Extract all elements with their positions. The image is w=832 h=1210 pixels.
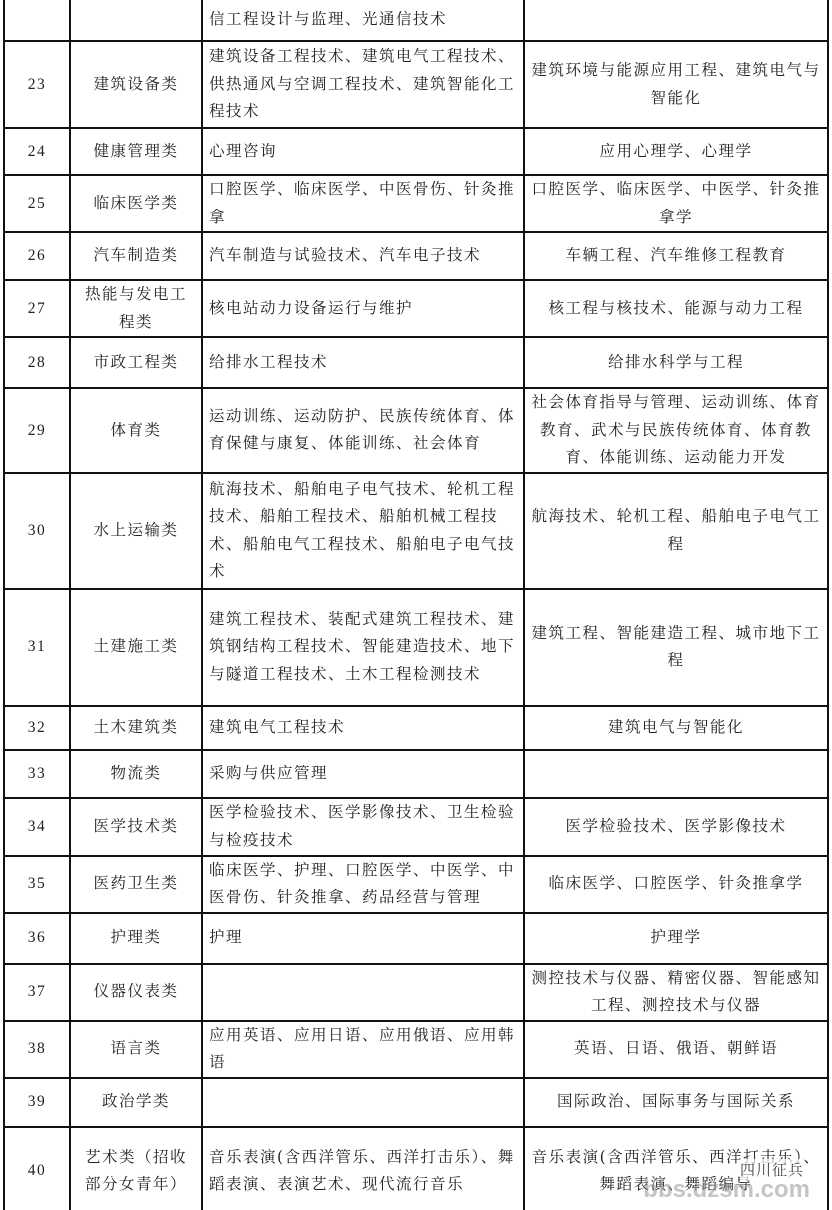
table-row: 信工程设计与监理、光通信技术 [4,0,828,41]
table-row: 28市政工程类给排水工程技术给排水科学与工程 [4,337,828,388]
undergrad-majors-cell: 社会体育指导与管理、运动训练、体育教育、武术与民族传统体育、体育教育、体能训练、… [524,388,828,473]
category-cell: 仪器仪表类 [70,964,202,1021]
category-cell: 市政工程类 [70,337,202,388]
row-number: 38 [4,1021,70,1078]
vocational-majors-cell: 运动训练、运动防护、民族传统体育、体育保健与康复、体能训练、社会体育 [202,388,524,473]
row-number: 36 [4,913,70,964]
row-number: 24 [4,128,70,175]
category-cell: 物流类 [70,750,202,798]
table-row: 30水上运输类航海技术、船舶电子电气技术、轮机工程技术、船舶工程技术、船舶机械工… [4,473,828,589]
row-number: 37 [4,964,70,1021]
vocational-majors-cell: 医学检验技术、医学影像技术、卫生检验与检疫技术 [202,798,524,856]
category-cell: 医学技术类 [70,798,202,856]
undergrad-majors-cell: 口腔医学、临床医学、中医学、针灸推拿学 [524,175,828,232]
row-number: 23 [4,41,70,128]
category-cell: 健康管理类 [70,128,202,175]
category-cell: 临床医学类 [70,175,202,232]
category-cell: 汽车制造类 [70,232,202,280]
vocational-majors-cell: 采购与供应管理 [202,750,524,798]
category-cell [70,0,202,41]
table-row: 37仪器仪表类测控技术与仪器、精密仪器、智能感知工程、测控技术与仪器 [4,964,828,1021]
vocational-majors-cell: 建筑电气工程技术 [202,706,524,750]
category-cell: 体育类 [70,388,202,473]
undergrad-majors-cell: 航海技术、轮机工程、船舶电子电气工程 [524,473,828,589]
category-cell: 医药卫生类 [70,856,202,913]
row-number: 30 [4,473,70,589]
category-cell: 政治学类 [70,1078,202,1127]
row-number: 39 [4,1078,70,1127]
vocational-majors-cell: 临床医学、护理、口腔医学、中医学、中医骨伤、针灸推拿、药品经营与管理 [202,856,524,913]
majors-table: 信工程设计与监理、光通信技术23建筑设备类建筑设备工程技术、建筑电气工程技术、供… [3,0,829,1210]
undergrad-majors-cell: 核工程与核技术、能源与动力工程 [524,280,828,337]
row-number: 33 [4,750,70,798]
table-row: 36护理类护理护理学 [4,913,828,964]
undergrad-majors-cell: 应用心理学、心理学 [524,128,828,175]
table-row: 35医药卫生类临床医学、护理、口腔医学、中医学、中医骨伤、针灸推拿、药品经营与管… [4,856,828,913]
vocational-majors-cell: 建筑设备工程技术、建筑电气工程技术、供热通风与空调工程技术、建筑智能化工程技术 [202,41,524,128]
table-row: 31土建施工类建筑工程技术、装配式建筑工程技术、建筑钢结构工程技术、智能建造技术… [4,589,828,706]
vocational-majors-cell [202,1078,524,1127]
vocational-majors-cell: 口腔医学、临床医学、中医骨伤、针灸推拿 [202,175,524,232]
vocational-majors-cell: 应用英语、应用日语、应用俄语、应用韩语 [202,1021,524,1078]
category-cell: 土木建筑类 [70,706,202,750]
vocational-majors-cell: 给排水工程技术 [202,337,524,388]
undergrad-majors-cell: 临床医学、口腔医学、针灸推拿学 [524,856,828,913]
undergrad-majors-cell: 建筑电气与智能化 [524,706,828,750]
row-number: 29 [4,388,70,473]
undergrad-majors-cell: 建筑工程、智能建造工程、城市地下工程 [524,589,828,706]
undergrad-majors-cell: 护理学 [524,913,828,964]
row-number: 40 [4,1127,70,1210]
table-row: 26汽车制造类汽车制造与试验技术、汽车电子技术车辆工程、汽车维修工程教育 [4,232,828,280]
undergrad-majors-cell [524,750,828,798]
table-row: 39政治学类国际政治、国际事务与国际关系 [4,1078,828,1127]
vocational-majors-cell: 护理 [202,913,524,964]
row-number: 34 [4,798,70,856]
undergrad-majors-cell: 测控技术与仪器、精密仪器、智能感知工程、测控技术与仪器 [524,964,828,1021]
table-row: 38语言类应用英语、应用日语、应用俄语、应用韩语英语、日语、俄语、朝鲜语 [4,1021,828,1078]
row-number: 26 [4,232,70,280]
category-cell: 语言类 [70,1021,202,1078]
row-number: 31 [4,589,70,706]
vocational-majors-cell: 心理咨询 [202,128,524,175]
vocational-majors-cell: 核电站动力设备运行与维护 [202,280,524,337]
table-row: 33物流类采购与供应管理 [4,750,828,798]
majors-table-body: 信工程设计与监理、光通信技术23建筑设备类建筑设备工程技术、建筑电气工程技术、供… [4,0,828,1210]
table-row: 24健康管理类心理咨询应用心理学、心理学 [4,128,828,175]
category-cell: 土建施工类 [70,589,202,706]
undergrad-majors-cell: 建筑环境与能源应用工程、建筑电气与智能化 [524,41,828,128]
watermark-site: bbs.dzsm.com [643,1176,810,1204]
row-number: 35 [4,856,70,913]
undergrad-majors-cell: 国际政治、国际事务与国际关系 [524,1078,828,1127]
undergrad-majors-cell [524,0,828,41]
vocational-majors-cell: 信工程设计与监理、光通信技术 [202,0,524,41]
vocational-majors-cell: 建筑工程技术、装配式建筑工程技术、建筑钢结构工程技术、智能建造技术、地下与隧道工… [202,589,524,706]
row-number: 28 [4,337,70,388]
table-row: 32土木建筑类建筑电气工程技术建筑电气与智能化 [4,706,828,750]
undergrad-majors-cell: 医学检验技术、医学影像技术 [524,798,828,856]
row-number: 32 [4,706,70,750]
category-cell: 热能与发电工程类 [70,280,202,337]
table-row: 34医学技术类医学检验技术、医学影像技术、卫生检验与检疫技术医学检验技术、医学影… [4,798,828,856]
undergrad-majors-cell: 车辆工程、汽车维修工程教育 [524,232,828,280]
category-cell: 护理类 [70,913,202,964]
row-number: 25 [4,175,70,232]
category-cell: 建筑设备类 [70,41,202,128]
undergrad-majors-cell: 给排水科学与工程 [524,337,828,388]
row-number: 27 [4,280,70,337]
vocational-majors-cell: 航海技术、船舶电子电气技术、轮机工程技术、船舶工程技术、船舶机械工程技术、船舶电… [202,473,524,589]
vocational-majors-cell [202,964,524,1021]
vocational-majors-cell: 汽车制造与试验技术、汽车电子技术 [202,232,524,280]
undergrad-majors-cell: 英语、日语、俄语、朝鲜语 [524,1021,828,1078]
table-row: 23建筑设备类建筑设备工程技术、建筑电气工程技术、供热通风与空调工程技术、建筑智… [4,41,828,128]
vocational-majors-cell: 音乐表演(含西洋管乐、西洋打击乐）、舞蹈表演、表演艺术、现代流行音乐 [202,1127,524,1210]
table-row: 27热能与发电工程类核电站动力设备运行与维护核工程与核技术、能源与动力工程 [4,280,828,337]
table-row: 29体育类运动训练、运动防护、民族传统体育、体育保健与康复、体能训练、社会体育社… [4,388,828,473]
table-row: 25临床医学类口腔医学、临床医学、中医骨伤、针灸推拿口腔医学、临床医学、中医学、… [4,175,828,232]
category-cell: 水上运输类 [70,473,202,589]
row-number [4,0,70,41]
category-cell: 艺术类（招收部分女青年） [70,1127,202,1210]
